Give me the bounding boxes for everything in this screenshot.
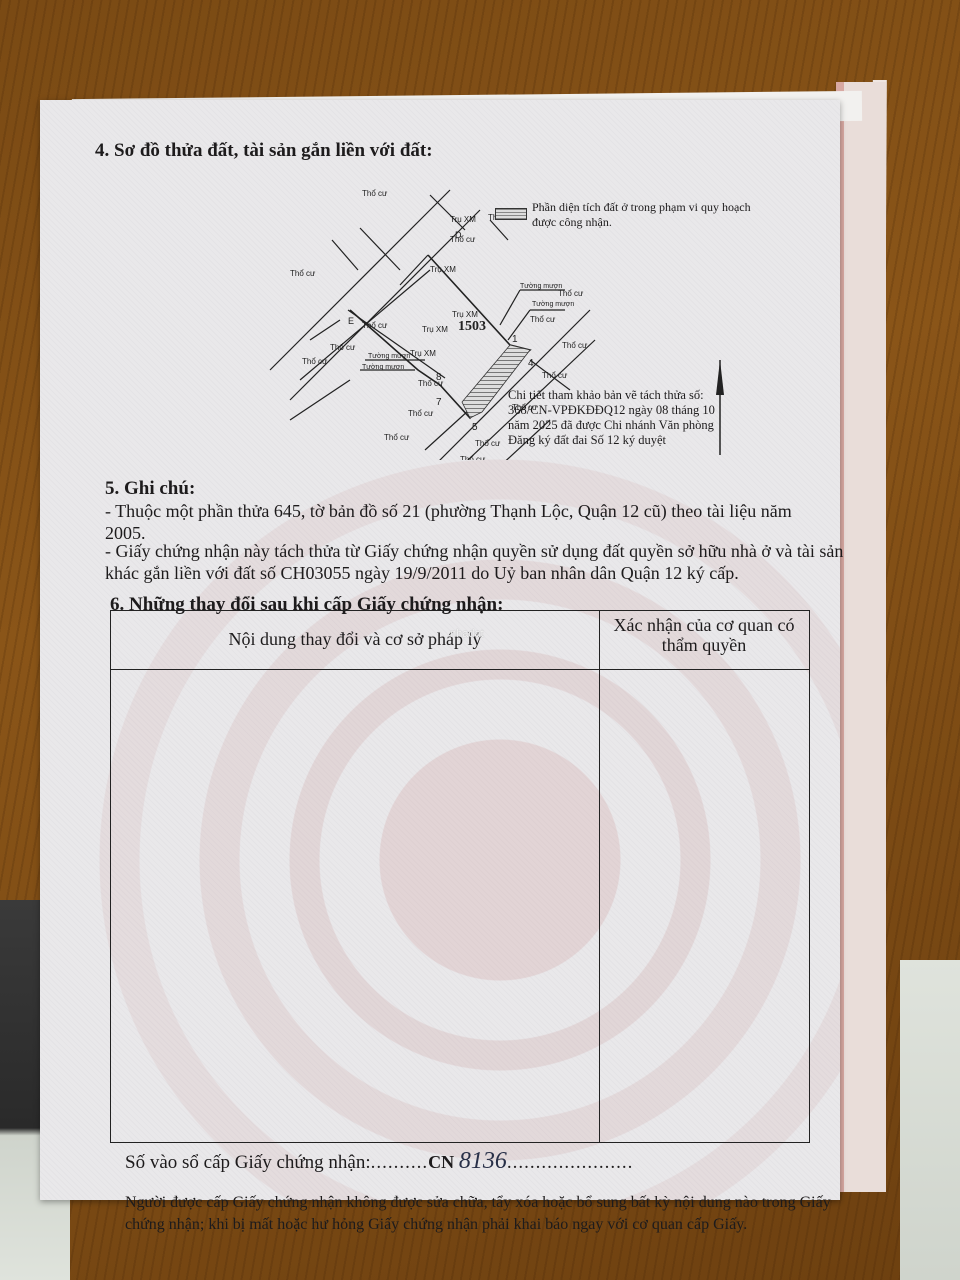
column-header-confirmation: Xác nhận của cơ quan có thẩm quyền: [599, 615, 809, 655]
svg-text:D: D: [455, 230, 462, 240]
svg-text:E: E: [348, 316, 354, 326]
svg-text:1: 1: [512, 334, 518, 345]
svg-text:Trụ XM: Trụ XM: [452, 310, 478, 319]
warning-text: Người được cấp Giấy chứng nhận không đượ…: [125, 1192, 835, 1236]
diagram-reference-note: Chi tiết tham khảo bản vẽ tách thửa số: …: [508, 388, 738, 448]
svg-text:Trụ XM: Trụ XM: [410, 349, 436, 358]
label-tho-cu: Thổ cư: [362, 189, 388, 198]
svg-text:Thổ cư: Thổ cư: [384, 433, 410, 442]
column-header-content: Nội dung thay đổi và cơ sở pháp lý: [111, 629, 599, 650]
svg-text:Tường mượn: Tường mượn: [368, 353, 410, 360]
svg-text:8: 8: [436, 372, 442, 383]
registration-label: Số vào sổ cấp Giấy chứng nhận:: [125, 1152, 371, 1173]
parcel-number: 1503: [458, 319, 486, 334]
section4-title: 4. Sơ đồ thửa đất, tài sản gắn liền với …: [95, 140, 433, 162]
svg-text:Trụ XM: Trụ XM: [422, 325, 448, 334]
svg-text:Thổ cư: Thổ cư: [475, 439, 501, 448]
note-item: - Thuộc một phần thửa 645, tờ bản đồ số …: [105, 500, 825, 544]
svg-text:Thổ cư: Thổ cư: [302, 357, 328, 366]
svg-text:Thổ cư: Thổ cư: [562, 341, 588, 350]
svg-text:7: 7: [436, 397, 442, 408]
svg-text:4: 4: [528, 358, 534, 369]
svg-text:Tường mượn: Tường mượn: [362, 364, 404, 371]
svg-text:Trụ XM: Trụ XM: [430, 265, 456, 274]
svg-text:Thổ cư: Thổ cư: [530, 315, 556, 324]
section5-title: 5. Ghi chú:: [105, 478, 195, 500]
svg-text:Thổ cư: Thổ cư: [450, 235, 476, 244]
certificate-page: 4. Sơ đồ thửa đất, tài sản gắn liền với …: [40, 100, 840, 1200]
paper-stack-cover: [836, 82, 886, 1192]
svg-text:Thổ cư: Thổ cư: [542, 371, 568, 380]
watermark: nhadat: [450, 628, 484, 640]
svg-text:Thổ cư: Thổ cư: [362, 321, 388, 330]
svg-text:Thổ cư: Thổ cư: [290, 269, 316, 278]
svg-text:Tường mượn: Tường mượn: [532, 301, 574, 308]
svg-text:Tường mượn: Tường mượn: [520, 283, 562, 290]
svg-text:Trụ XM: Trụ XM: [450, 215, 476, 224]
note-item: - Giấy chứng nhận này tách thửa từ Giấy …: [105, 540, 845, 584]
changes-table: Nội dung thay đổi và cơ sở pháp lý Xác n…: [110, 610, 810, 1143]
table-header-divider: [111, 669, 809, 670]
registration-number: 8136: [459, 1148, 507, 1174]
svg-text:Thổ cư: Thổ cư: [408, 409, 434, 418]
svg-text:Thổ cư: Thổ cư: [330, 343, 356, 352]
floor-background-right: [900, 960, 960, 1280]
registration-prefix: CN: [428, 1152, 454, 1172]
registration-line: Số vào sổ cấp Giấy chứng nhận:..........…: [125, 1150, 633, 1174]
svg-text:Thổ cư: Thổ cư: [558, 289, 584, 298]
table-divider: [599, 611, 600, 1142]
hatched-area-legend-icon: [495, 208, 527, 220]
diagram-legend: Phần diện tích đất ở trong phạm vi quy h…: [532, 200, 752, 230]
svg-text:5: 5: [472, 422, 478, 433]
svg-text:Thổ cư: Thổ cư: [460, 455, 486, 460]
